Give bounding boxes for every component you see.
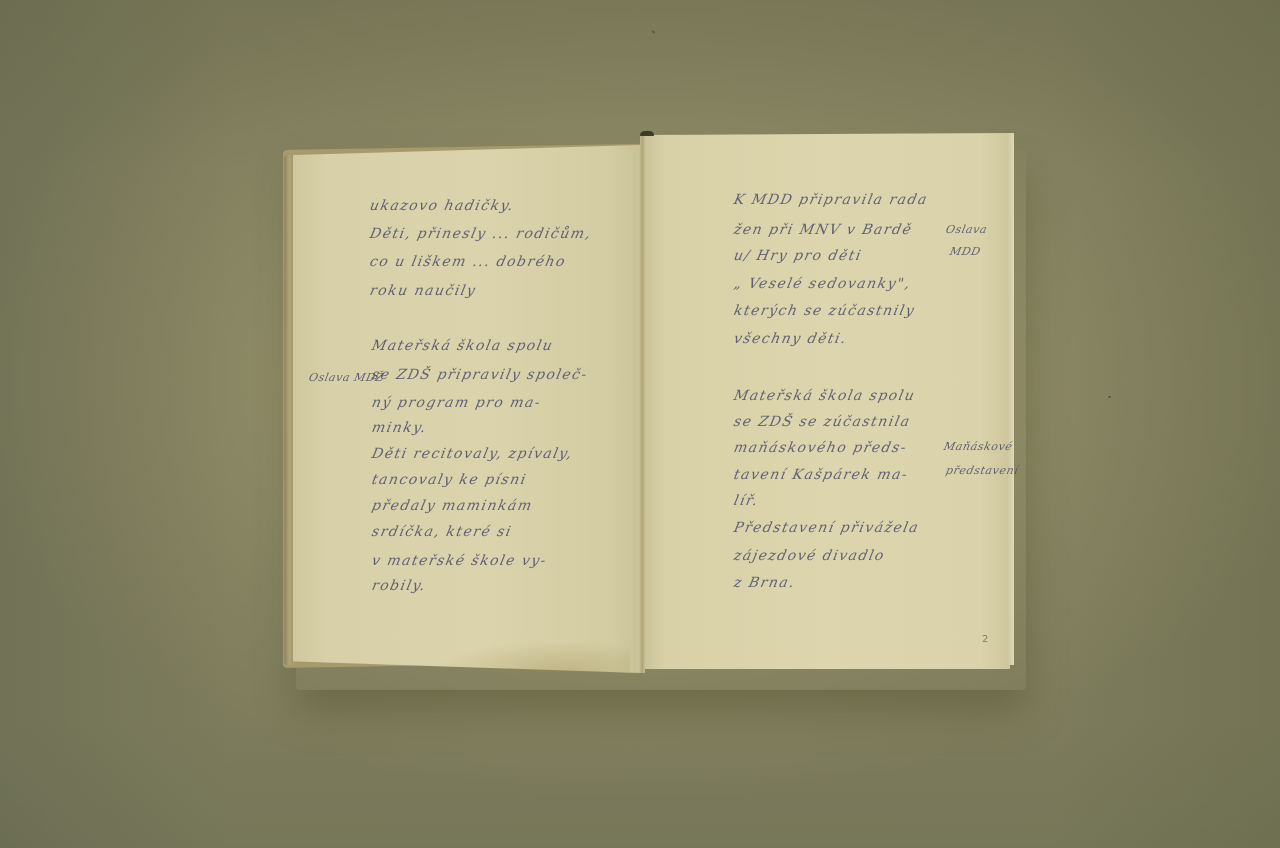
handwritten-line: maňáskového předs- [732, 440, 908, 456]
margin-note: Oslava MDŽ [308, 371, 385, 384]
margin-note: Oslava [945, 223, 989, 236]
right-page-edge [1008, 133, 1014, 665]
handwritten-line: tavení Kašpárek ma- [732, 467, 910, 483]
cover-spine-edge [284, 155, 293, 665]
book-gutter [640, 136, 645, 673]
background-speck [1108, 396, 1111, 398]
page-curl-shadow [430, 640, 630, 672]
binding-clip [640, 131, 654, 136]
handwritten-line: všechny děti. [732, 331, 848, 347]
handwritten-line: kterých se zúčastnily [732, 303, 916, 319]
handwritten-line: minky. [370, 420, 428, 436]
handwritten-line: K MDD připravila rada [732, 192, 929, 208]
handwritten-line: ný program pro ma- [370, 395, 542, 411]
margin-note: Maňáskové [943, 440, 1014, 453]
handwritten-line: roku naučily [368, 283, 478, 299]
handwritten-line: ukazovo hadičky. [368, 198, 515, 214]
handwritten-line: předaly maminkám [370, 498, 534, 514]
margin-note: představení [945, 464, 1020, 477]
handwritten-line: zájezdové divadlo [732, 548, 886, 564]
background-speck [652, 30, 656, 33]
handwritten-line: se ZDŠ se zúčastnila [732, 414, 912, 430]
handwritten-line: z Brna. [732, 575, 797, 591]
handwritten-line: „ Veselé sedovanky", [732, 276, 912, 292]
handwritten-line: se ZDŠ připravily společ- [370, 367, 589, 383]
handwritten-line: tancovaly ke písni [370, 472, 528, 488]
handwritten-line: líř. [732, 493, 760, 509]
handwritten-line: robily. [370, 578, 427, 594]
handwritten-line: žen při MNV v Bardě [732, 222, 914, 238]
handwritten-line: Mateřská škola spolu [732, 388, 917, 404]
page-number: 2 [982, 634, 988, 645]
handwritten-line: srdíčka, které si [370, 524, 513, 540]
handwritten-line: u/ Hry pro děti [732, 248, 863, 264]
handwritten-line: v mateřské škole vy- [370, 553, 548, 569]
handwritten-line: co u liškem ... dobrého [368, 254, 567, 270]
handwritten-line: Děti recitovaly, zpívaly, [370, 446, 574, 462]
handwritten-line: Představení přivážela [732, 520, 920, 536]
handwritten-line: Mateřská škola spolu [370, 338, 555, 354]
handwritten-line: Děti, přinesly ... rodičům, [368, 226, 593, 242]
margin-note: MDD [949, 245, 982, 258]
